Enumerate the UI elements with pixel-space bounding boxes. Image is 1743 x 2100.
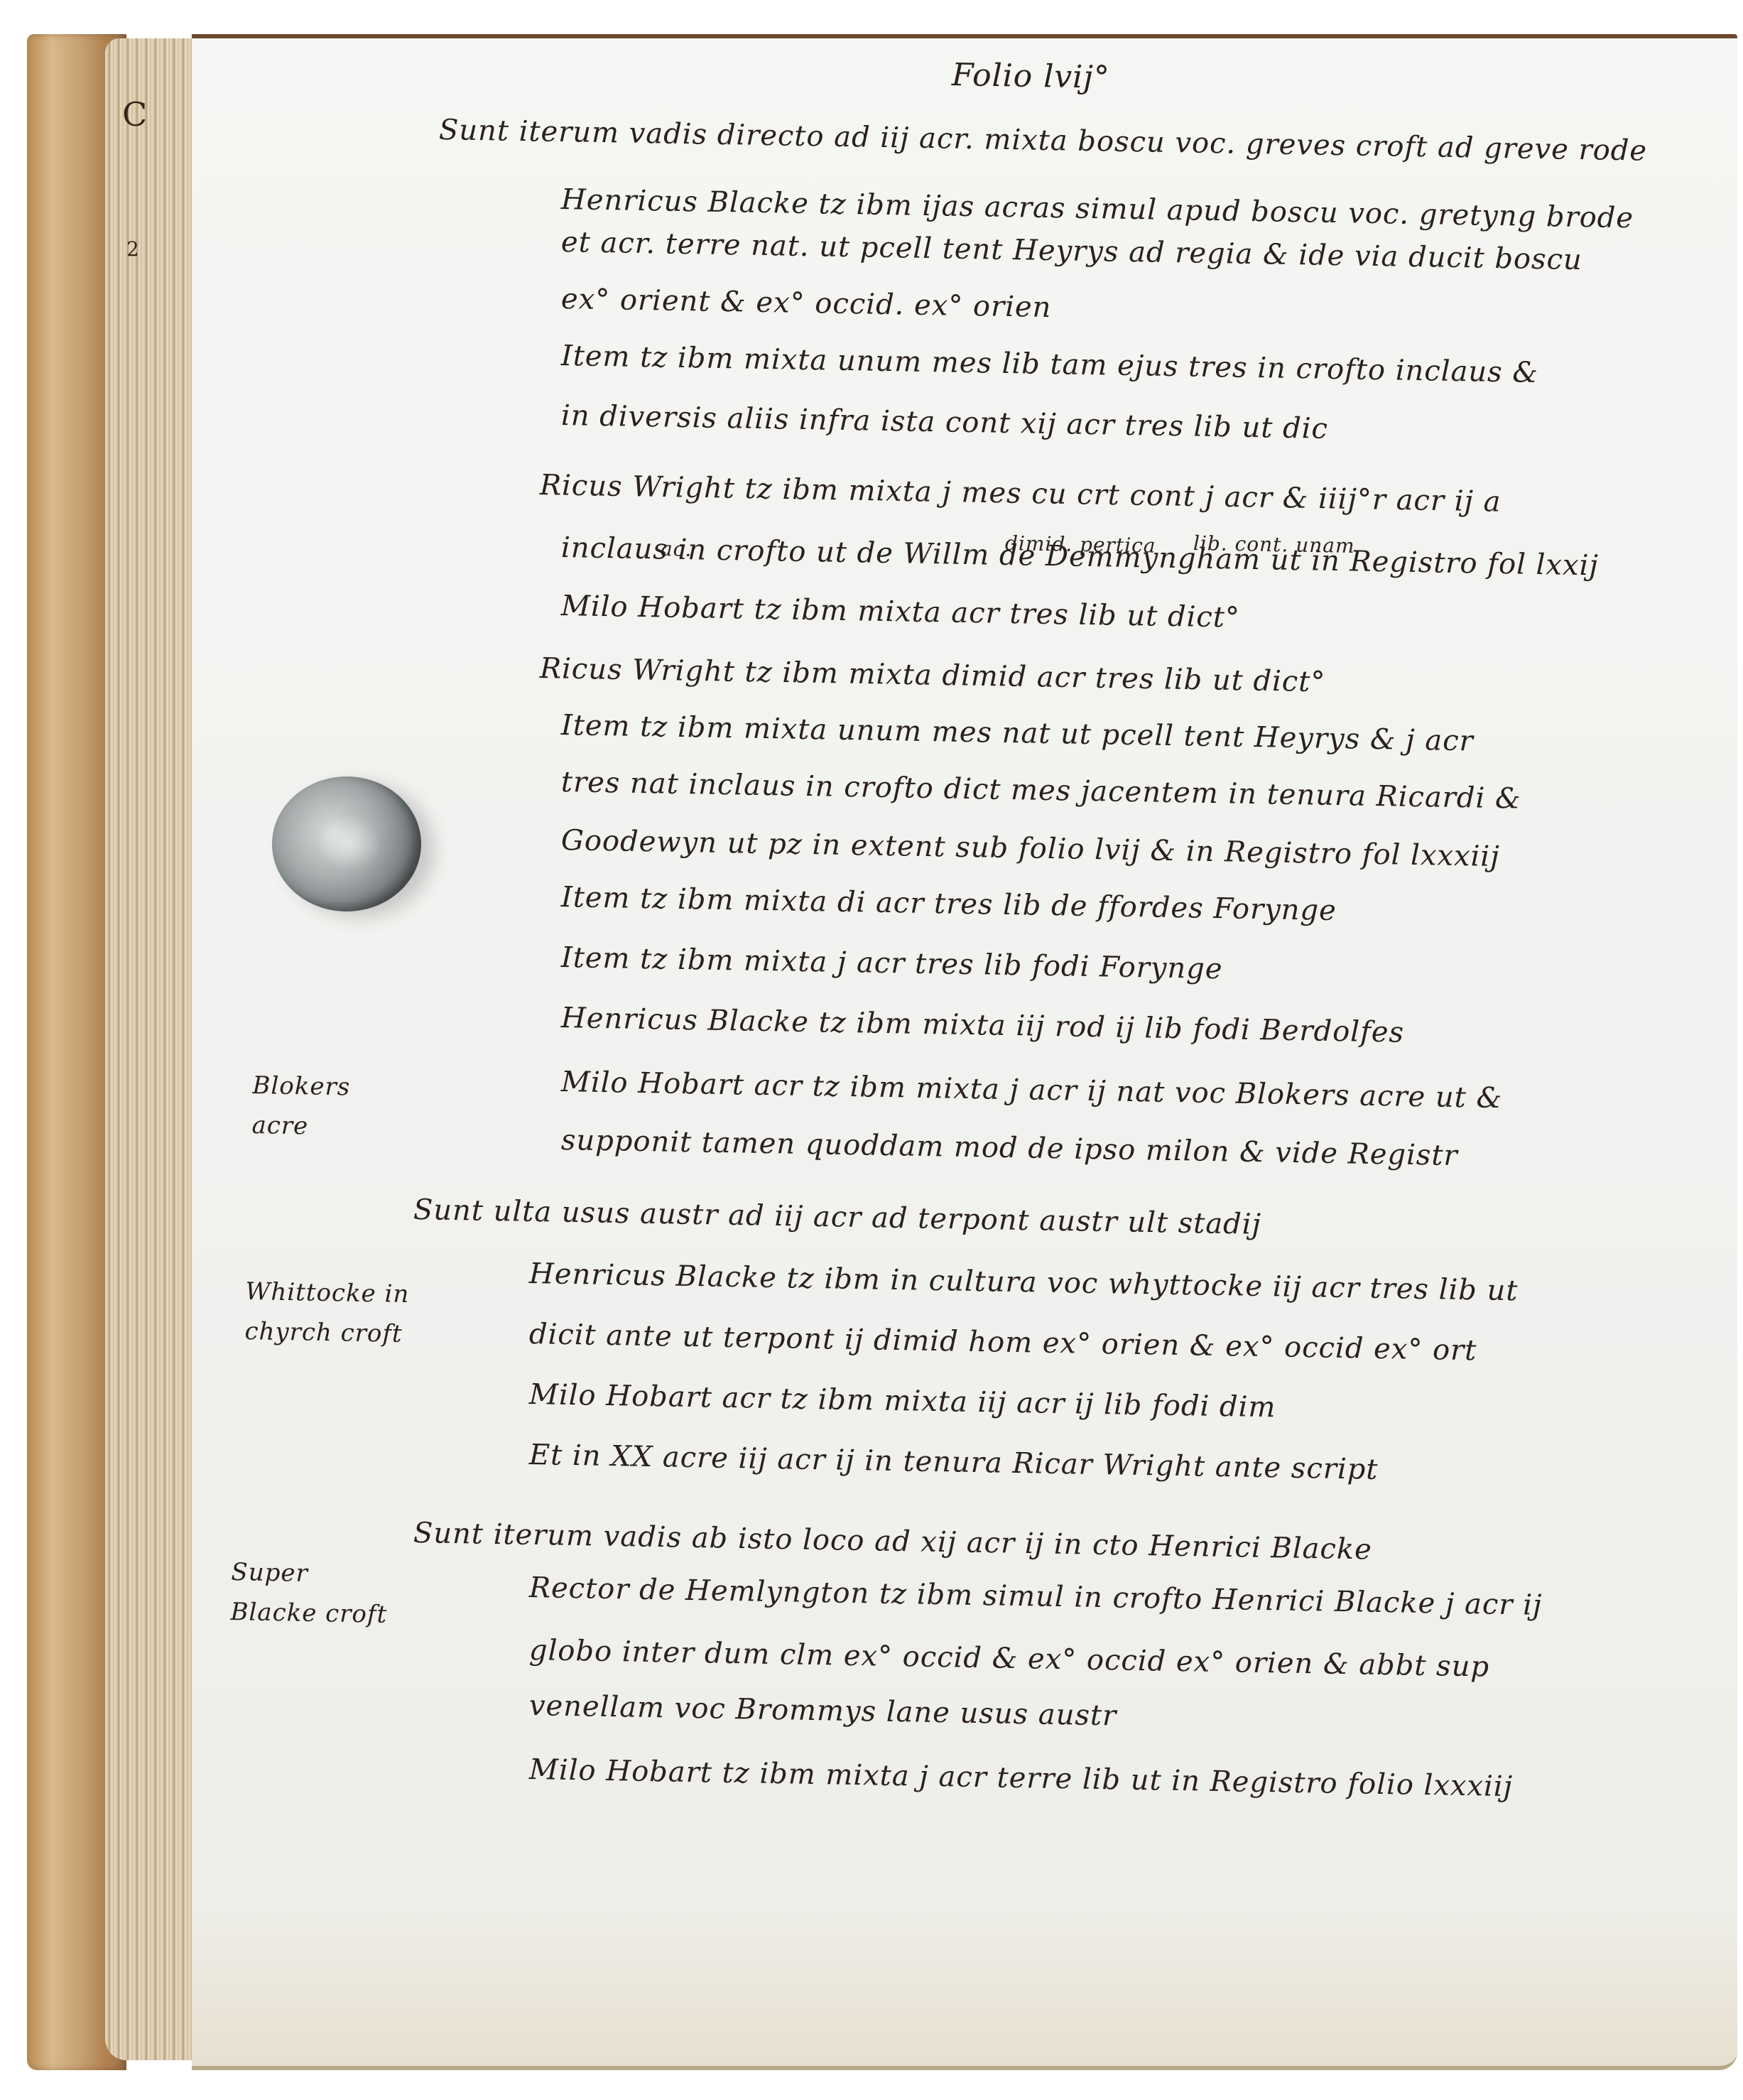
spine-number: 2 <box>126 237 139 261</box>
page-fore-edges: C 2 <box>105 38 197 2060</box>
spine-label: C <box>122 95 147 134</box>
margin-note: Blokersacre <box>251 1066 351 1147</box>
folio-heading: Folio lvij° <box>952 57 1111 96</box>
margin-note: Whittocke inchyrch croft <box>244 1272 410 1354</box>
interlinear-insertion: dimid. pertica <box>1005 531 1156 558</box>
metal-weight-object <box>272 776 421 911</box>
margin-note: SuperBlacke croft <box>230 1552 389 1635</box>
interlinear-insertion: ac. <box>661 537 693 561</box>
interlinear-insertion: lib. cont. unam <box>1193 531 1355 558</box>
